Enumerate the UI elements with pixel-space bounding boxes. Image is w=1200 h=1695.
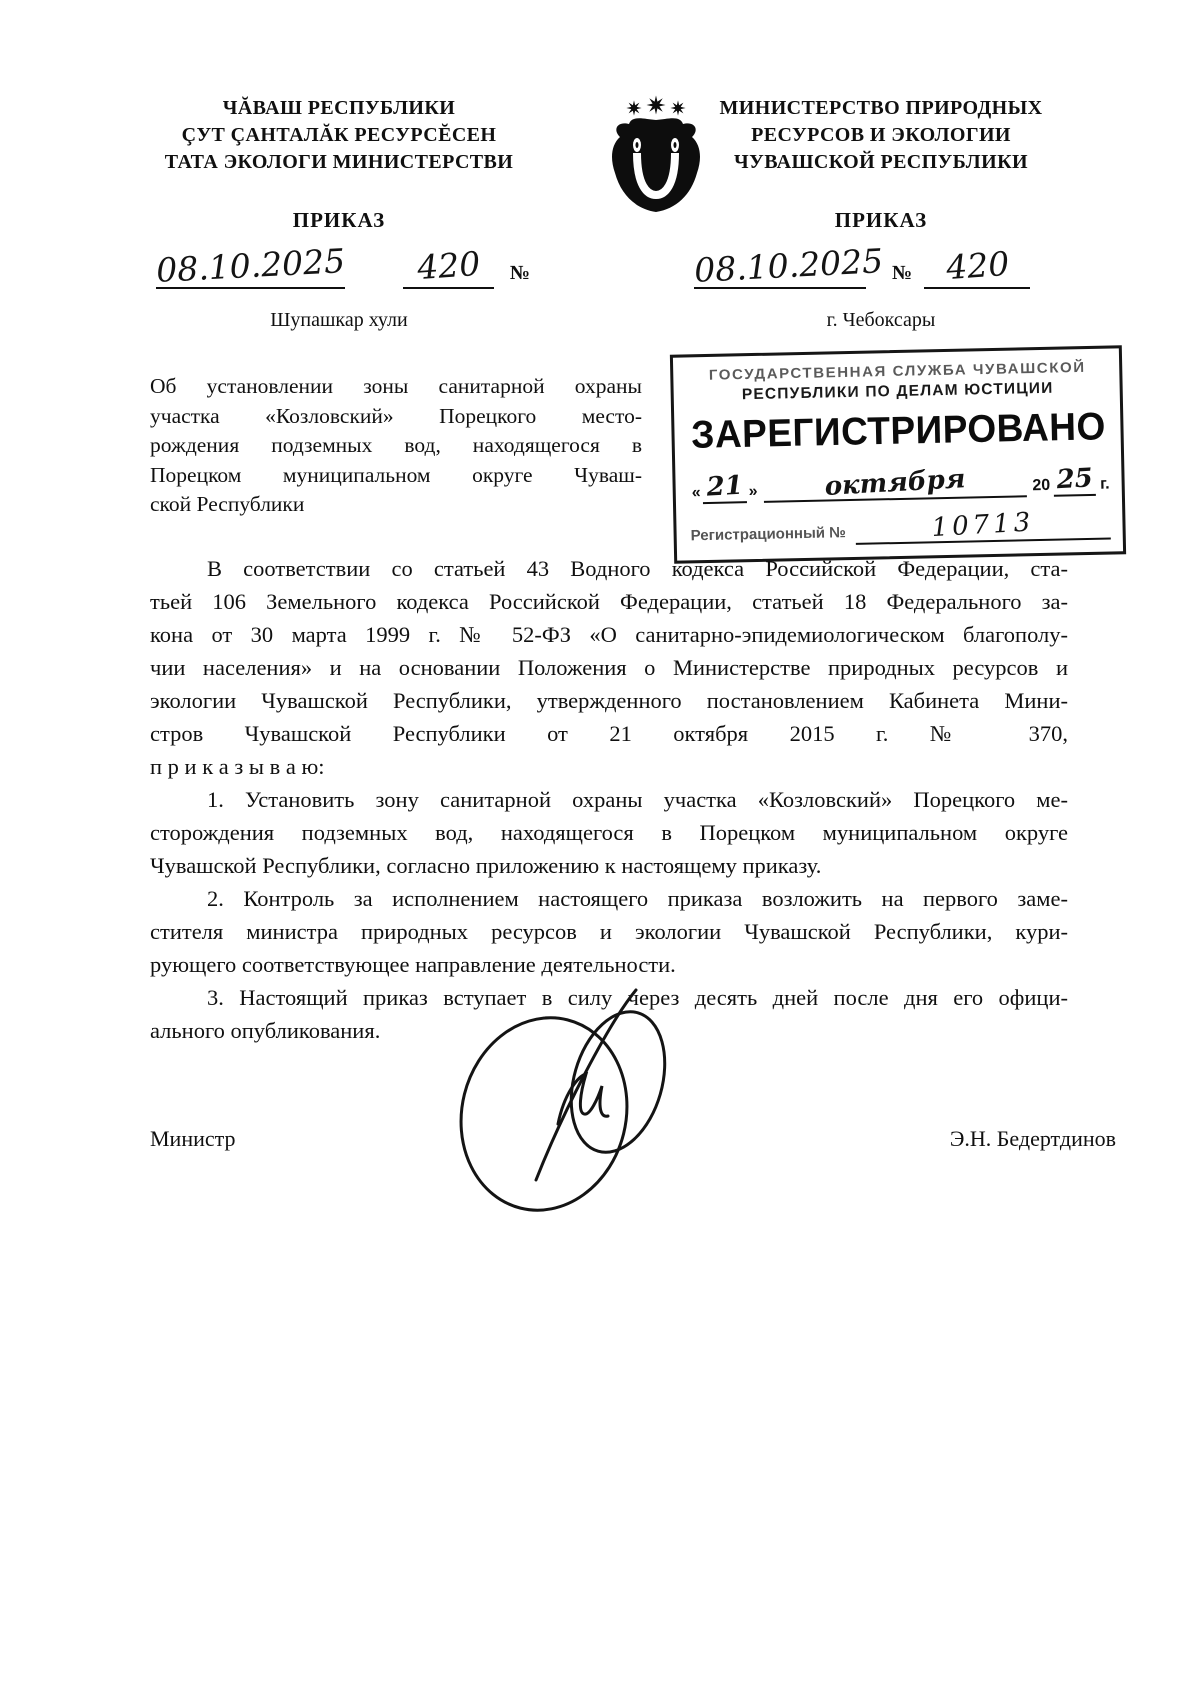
document-page: ЧĂВАШ РЕСПУБЛИКИ ÇУТ ÇАНТАЛĂК РЕСУРСĔСЕН… [0,0,1200,1695]
letterhead-right: МИНИСТЕРСТВО ПРИРОДНЫХ РЕСУРСОВ И ЭКОЛОГ… [690,95,1072,332]
body-line: кона от 30 марта 1999 г. № 52-ФЗ «О сани… [150,618,1068,651]
org-name-line: МИНИСТЕРСТВО ПРИРОДНЫХ [690,95,1072,122]
letterhead-left: ЧĂВАШ РЕСПУБЛИКИ ÇУТ ÇАНТАЛĂК РЕСУРСĔСЕН… [148,95,530,332]
org-name-line: ТАТА ЭКОЛОГИ МИНИСТЕРСТВИ [148,149,530,176]
org-name-line: ЧĂВАШ РЕСПУБЛИКИ [148,95,530,122]
number-blank-right: 420 [924,243,1030,289]
signature-row: Министр Э.Н. Бедертдинов [150,1126,1116,1152]
handwritten-date-left: 08.10.2025 [155,241,346,290]
subject-line: ской Республики [150,490,642,520]
order-subject: Об установлении зоны санитарной охраны у… [150,372,642,520]
handwritten-number-right: 420 [945,244,1011,287]
order-title-left: ПРИКАЗ [148,208,530,233]
date-number-row-right: 08.10.2025 № 420 [690,243,1072,289]
subject-line: Порецком муниципальном округе Чуваш- [150,461,642,491]
stamp-reg-label: Регистрационный № [690,524,846,548]
stamp-reg-blank: 10713 [855,506,1110,545]
handwritten-number-left: 420 [416,244,482,287]
signer-name: Э.Н. Бедертдинов [950,1126,1116,1152]
subject-line: Об установлении зоны санитарной охраны [150,372,642,402]
registration-stamp: ГОСУДАРСТВЕННАЯ СЛУЖБА ЧУВАШСКОЙ РЕСПУБЛ… [670,345,1126,563]
subject-line: рождения подземных вод, находящегося в [150,431,642,461]
stamp-century: 20 [1032,477,1050,497]
order-title-right: ПРИКАЗ [690,208,1072,233]
org-name-line: ЧУВАШСКОЙ РЕСПУБЛИКИ [690,149,1072,176]
number-blank-left: 420 [403,243,494,289]
place-right: г. Чебоксары [690,309,1072,332]
body-line: В соответствии со статьей 43 Водного код… [150,552,1068,585]
org-name-line: РЕСУРСОВ И ЭКОЛОГИИ [690,122,1072,149]
signer-title: Министр [150,1126,236,1152]
stamp-date-row: « 21 » октября 20 25 г. [689,462,1110,505]
body-line: стров Чувашской Республики от 21 октября… [150,717,1068,750]
date-blank-left: 08.10.2025 [156,243,345,289]
body-line: чии населения» и на основании Положения … [150,651,1068,684]
quote-open: « [690,484,703,504]
quote-close: » [746,483,759,503]
stamp-year-suffix: г. [1100,476,1110,496]
body-line: тьей 106 Земельного кодекса Российской Ф… [150,585,1068,618]
body-line: Чувашской Республики, согласно приложени… [150,849,1068,882]
body-line: п р и к а з ы в а ю: [150,750,1068,783]
subject-line: участка «Козловский» Порецкого место- [150,402,642,432]
number-sign-left: № [510,262,530,289]
stamp-year-blank: 25 [1054,462,1097,497]
handwritten-reg-number: 10713 [931,507,1035,543]
minister-signature-icon [438,972,706,1220]
body-line: 2. Контроль за исполнением настоящего пр… [150,882,1068,915]
body-line: сторождения подземных вод, находящегося … [150,816,1068,849]
handwritten-date-right: 08.10.2025 [693,241,884,290]
stamp-month-blank: октября [763,463,1027,502]
date-number-row-left: 08.10.2025 420 № [148,243,530,289]
date-blank-right: 08.10.2025 [694,243,866,289]
place-left: Шупашкар хули [148,309,530,332]
stamp-registered-label: ЗАРЕГИСТРИРОВАНО [688,405,1109,458]
handwritten-year: 25 [1056,463,1094,495]
body-line: 1. Установить зону санитарной охраны уча… [150,783,1068,816]
handwritten-month: октября [824,464,966,502]
handwritten-day: 21 [706,471,744,503]
stamp-reg-row: Регистрационный № 10713 [690,506,1111,549]
org-name-line: ÇУТ ÇАНТАЛĂК РЕСУРСĔСЕН [148,122,530,149]
body-line: экологии Чувашской Республики, утвержден… [150,684,1068,717]
number-sign-right: № [892,262,912,289]
body-line: стителя министра природных ресурсов и эк… [150,915,1068,948]
stamp-day-blank: 21 [702,469,747,504]
